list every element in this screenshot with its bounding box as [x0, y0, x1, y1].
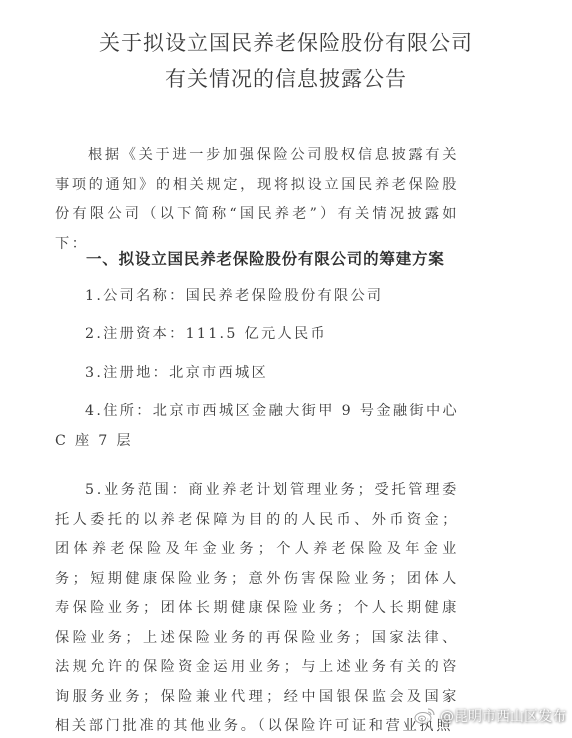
source-watermark: @昆明市西山区发布: [414, 706, 566, 726]
document-title-line-2: 有关情况的信息披露公告: [0, 63, 572, 93]
weibo-icon: [414, 707, 436, 725]
watermark-text: @昆明市西山区发布: [440, 706, 566, 726]
item-registered-capital: 2.注册资本：111.5 亿元人民币: [55, 320, 459, 350]
item-business-scope: 5.业务范围：商业养老计划管理业务；受托管理委托人委托的以养老保障为目的的人民币…: [55, 476, 459, 738]
item-address: 4.住所：北京市西城区金融大街甲 9 号金融街中心 C 座 7 层: [55, 397, 459, 456]
item-registered-place: 3.注册地：北京市西城区: [55, 359, 459, 389]
document-title-line-1: 关于拟设立国民养老保险股份有限公司: [0, 27, 572, 57]
intro-paragraph: 根据《关于进一步加强保险公司股权信息披露有关事项的通知》的相关规定，现将拟设立国…: [55, 141, 459, 259]
announcement-document: 关于拟设立国民养老保险股份有限公司 有关情况的信息披露公告 根据《关于进一步加强…: [0, 0, 572, 738]
section-heading: 一、拟设立国民养老保险股份有限公司的筹建方案: [86, 247, 445, 269]
item-company-name: 1.公司名称：国民养老保险股份有限公司: [55, 282, 459, 312]
